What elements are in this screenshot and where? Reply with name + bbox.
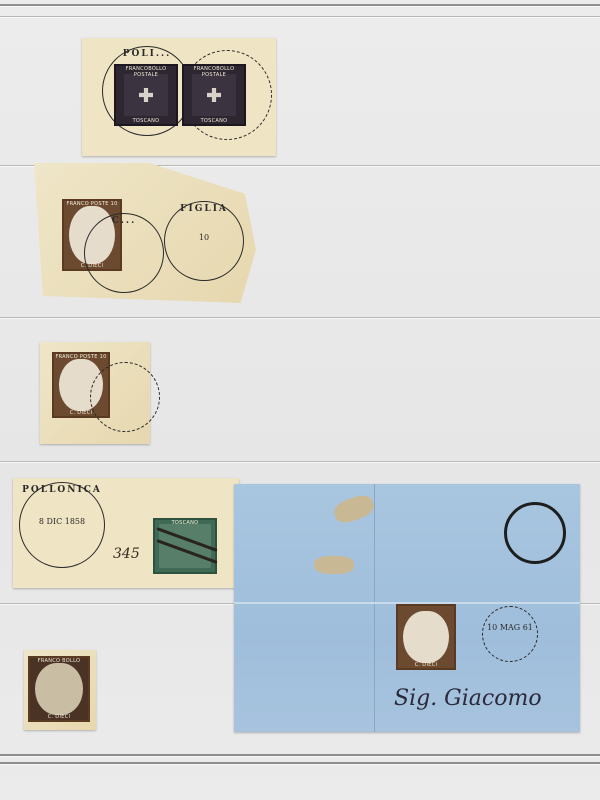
- stamp-inscription: TOSCANO: [184, 118, 244, 124]
- postmark: [504, 502, 566, 564]
- postmark: [90, 362, 160, 432]
- handwritten-note: 345: [113, 546, 140, 562]
- postmark-text: FIGLIA: [165, 204, 243, 214]
- paper-fragment-sardinia-small: FRANCO POSTE 10 C. DIECI: [40, 342, 150, 444]
- stamp-inscription: TOSCANO: [155, 520, 215, 526]
- postmark-text: C...: [85, 216, 163, 226]
- postmark-date: 8 DIC 1858: [20, 517, 104, 526]
- stamp-inscription: FRANCOBOLLO POSTALE: [184, 66, 244, 78]
- strip-divider: [0, 762, 600, 765]
- strip-divider: [0, 754, 600, 757]
- postmark: C...: [84, 213, 164, 293]
- stamp-inscription: FRANCOBOLLO POSTALE: [116, 66, 176, 78]
- stamp-inscription: FRANCO BOLLO: [30, 658, 88, 664]
- blue-folded-letter: C. DIECI 10 MAG 61 Sig. Giacomo: [234, 484, 580, 732]
- stamp-sardinia: FRANCO BOLLO C. DIECI: [28, 656, 90, 722]
- paper-fragment-pollonica: POLLONICA 8 DIC 1858 345 TOSCANO: [13, 478, 239, 588]
- postmark: 10 MAG 61: [482, 606, 538, 662]
- stamp-tuscany: FRANCOBOLLO POSTALE TOSCANO: [114, 64, 178, 126]
- strip-divider: [0, 4, 600, 7]
- paper-fragment-loose-stamp: FRANCO BOLLO C. DIECI: [24, 650, 96, 730]
- paper-fragment-sardinia: FRANCO POSTE 10 C. DIECI C... FIGLIA 10: [34, 163, 256, 303]
- stamp-inscription: TOSCANO: [116, 118, 176, 124]
- stamp-inscription: FRANCO POSTE 10: [64, 201, 120, 207]
- stamp-inscription: C. DIECI: [30, 714, 88, 720]
- stamp-sardinia-10c: C. DIECI: [396, 604, 456, 670]
- strip-divider: [0, 461, 600, 463]
- paper-fragment-tuscany-pair: POLI... FRANCOBOLLO POSTALE TOSCANO FRAN…: [82, 38, 276, 156]
- postmark: FIGLIA 10: [164, 201, 244, 281]
- stamp-tuscany: FRANCOBOLLO POSTALE TOSCANO: [182, 64, 246, 126]
- postmark-text: POLLONICA: [20, 485, 104, 495]
- handwritten-address: Sig. Giacomo: [394, 686, 542, 711]
- stock-book-page: POLI... FRANCOBOLLO POSTALE TOSCANO FRAN…: [0, 0, 600, 800]
- strip-divider: [0, 16, 600, 18]
- postmark-pollonica: POLLONICA 8 DIC 1858: [19, 482, 105, 568]
- postmark-date: 10: [165, 233, 243, 242]
- stamp-tuscany-green: TOSCANO: [153, 518, 217, 574]
- postmark-text: POLI...: [103, 49, 191, 59]
- postmark-date: 10 MAG 61: [483, 623, 537, 632]
- stamp-inscription: C. DIECI: [398, 662, 454, 668]
- stamp-inscription: FRANCO POSTE 10: [54, 354, 108, 360]
- strip-divider: [0, 317, 600, 319]
